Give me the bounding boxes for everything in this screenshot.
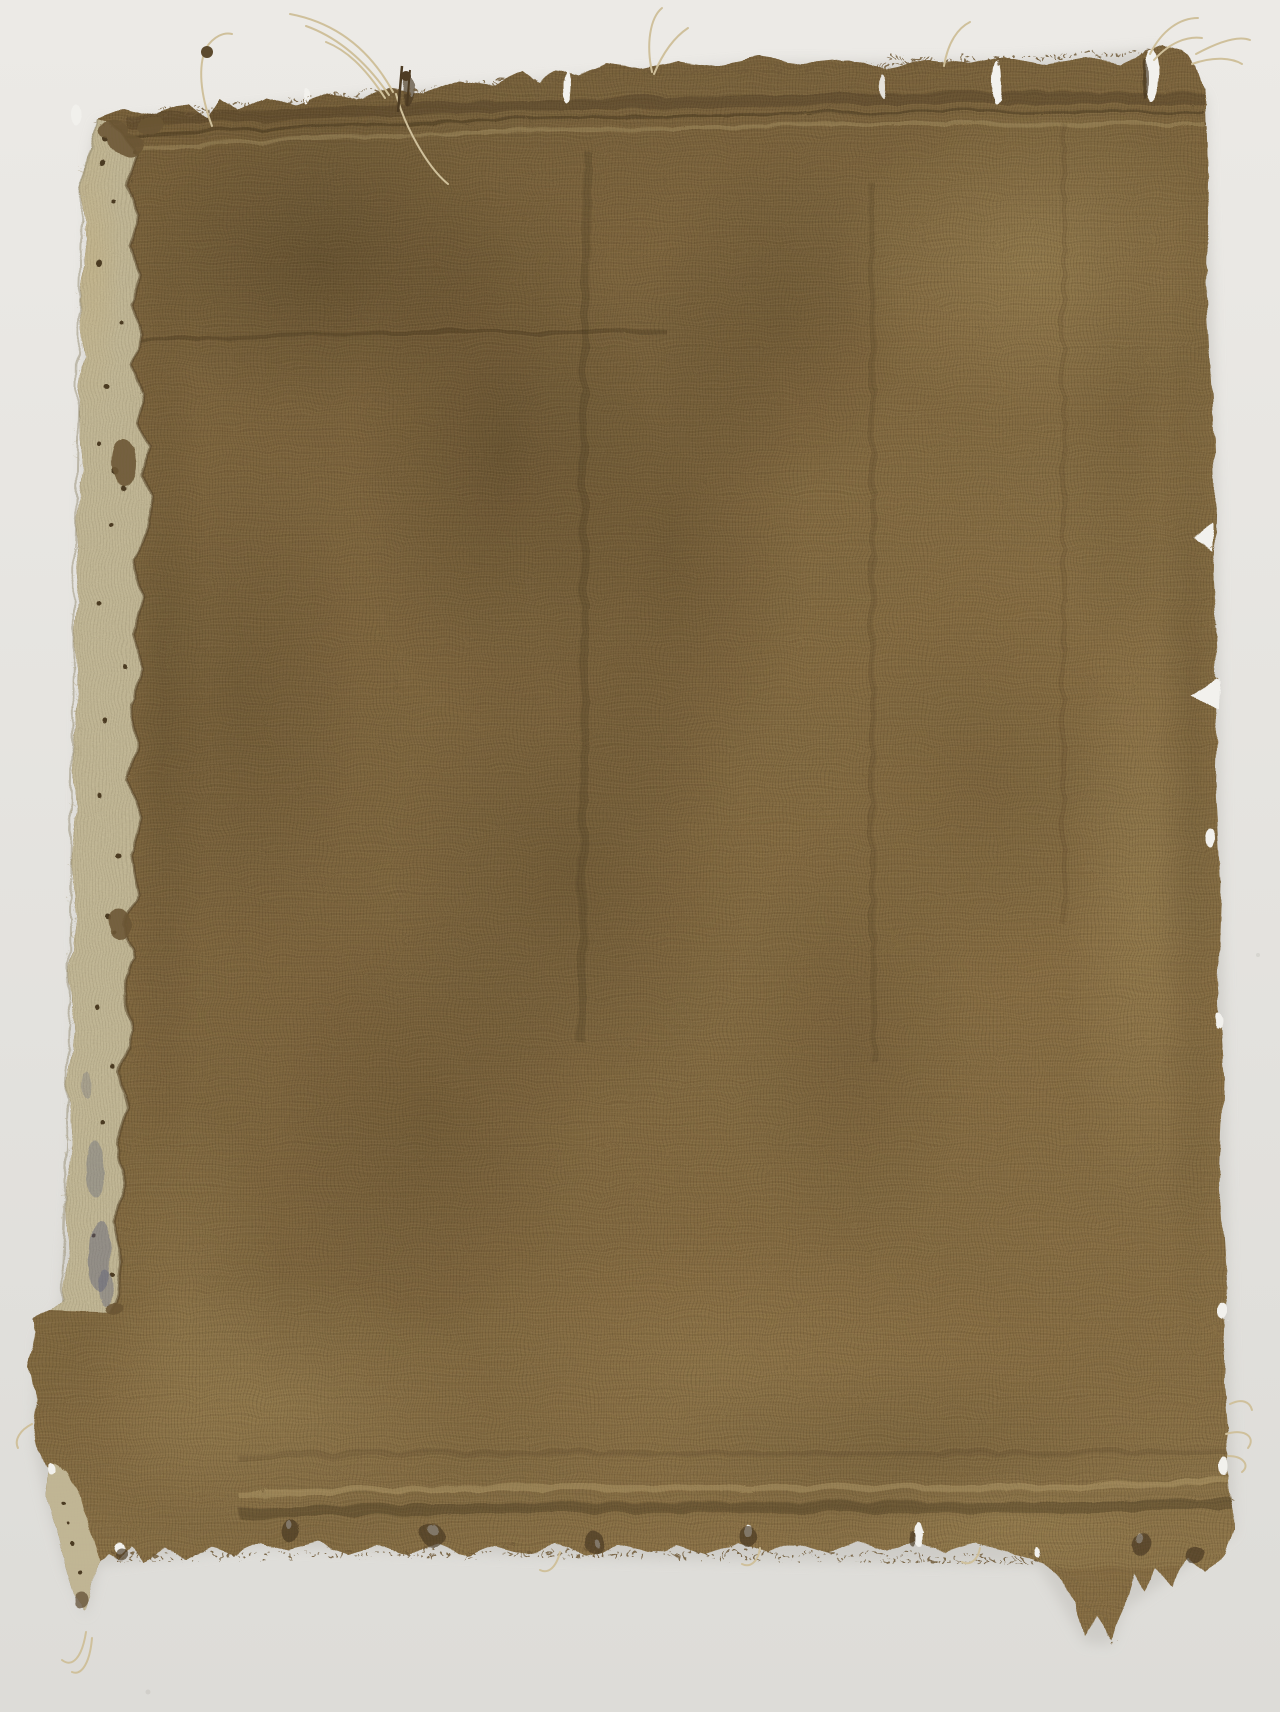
texture-detail: [1219, 1454, 1229, 1476]
texture-detail: [97, 1122, 102, 1127]
texture-detail: [116, 852, 121, 857]
texture-detail: [418, 1520, 442, 1548]
texture-detail: [1212, 1010, 1220, 1026]
texture-detail: [116, 320, 120, 324]
texture-detail: [95, 790, 99, 794]
texture-detail: [582, 1527, 602, 1551]
photograph: Photograph of a large rectangular fragme…: [0, 0, 1280, 1712]
thread-knot: [401, 71, 411, 81]
texture-detail: [1060, 120, 1062, 920]
texture-detail: [65, 1519, 68, 1522]
textile-photo-canvas: Photograph of a large rectangular fragme…: [0, 0, 1280, 1712]
texture-detail: [94, 1002, 99, 1007]
texture-detail: [1204, 826, 1214, 846]
texture-detail: [868, 180, 872, 1060]
texture-detail: [113, 1545, 125, 1557]
texture-detail: [878, 72, 884, 96]
fabric-texture: [0, 0, 1280, 1712]
texture-detail: [118, 484, 123, 489]
texture-detail: [737, 1523, 755, 1545]
texture-detail: [112, 198, 116, 202]
texture-detail: [106, 522, 110, 526]
texture-detail: [96, 1267, 110, 1303]
texture-detail: [76, 1568, 80, 1572]
texture-detail: [109, 436, 133, 484]
texture-detail: [1185, 1543, 1201, 1561]
texture-detail: [93, 259, 99, 265]
texture-detail: [914, 1520, 922, 1544]
texture-detail: [95, 440, 99, 444]
texture-detail: [1128, 1531, 1150, 1553]
texture-detail: [98, 160, 103, 165]
thread-knot: [201, 46, 213, 58]
background-fleck: [146, 1690, 151, 1695]
texture-detail: [120, 662, 124, 666]
texture-detail: [58, 1498, 62, 1502]
texture-detail: [300, 85, 306, 101]
texture-detail: [68, 101, 78, 123]
texture-detail: [96, 118, 128, 138]
textile-fragment: [0, 0, 1280, 1712]
texture-detail: [83, 1142, 101, 1194]
texture-detail: [82, 1068, 92, 1096]
background-fleck: [1256, 953, 1260, 957]
texture-detail: [909, 1528, 915, 1544]
texture-detail: [989, 58, 999, 102]
texture-detail: [111, 1062, 115, 1066]
texture-detail: [1216, 1301, 1226, 1319]
texture-detail: [0, 0, 1280, 1712]
texture-detail: [102, 382, 107, 387]
texture-detail: [136, 116, 160, 132]
texture-detail: [1139, 56, 1145, 96]
texture-detail: [106, 907, 128, 937]
texture-detail: [72, 1588, 86, 1606]
texture-detail: [99, 720, 104, 725]
texture-detail: [1032, 1544, 1038, 1554]
texture-detail: [93, 600, 98, 605]
texture-detail: [44, 1462, 52, 1474]
texture-detail: [68, 1538, 73, 1543]
texture-detail: [278, 1518, 296, 1542]
